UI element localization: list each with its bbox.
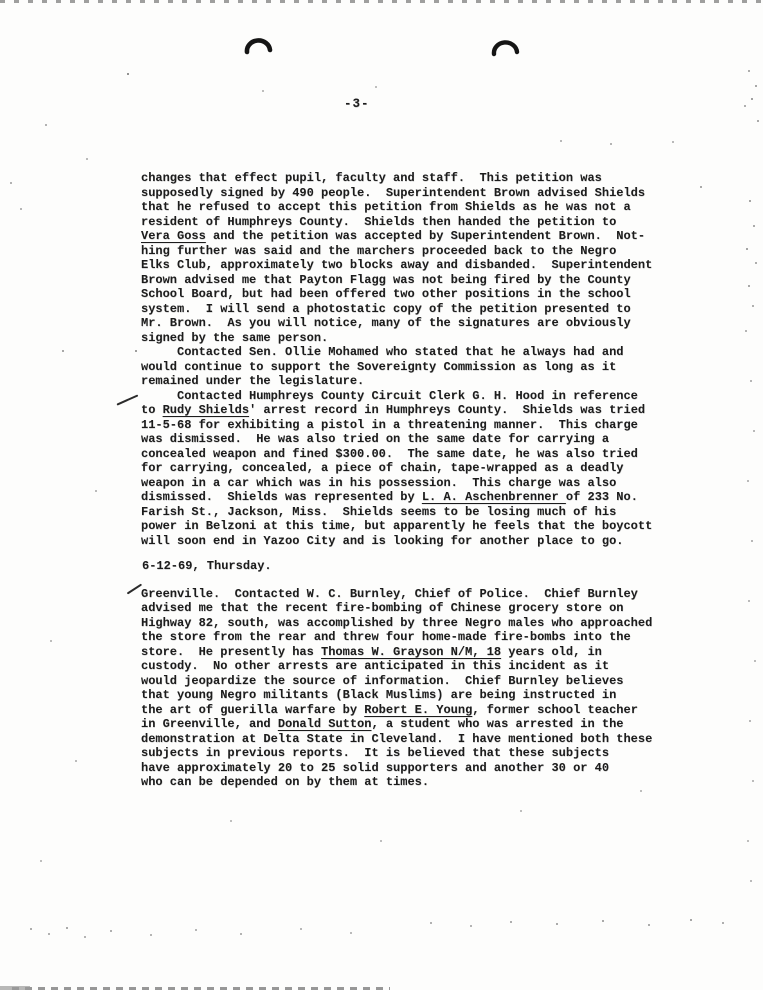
underlined-name: Donald Sutton <box>278 717 372 731</box>
underlined-name: Thomas W. Grayson N/M, 18 <box>321 645 501 659</box>
punch-hole-arc-left <box>244 30 274 56</box>
paragraph: changes that effect pupil, faculty and s… <box>141 171 681 345</box>
scan-edge-top <box>0 0 763 3</box>
paragraph: Contacted Sen. Ollie Mohamed who stated … <box>141 345 681 389</box>
punch-hole-arc-right <box>491 32 521 58</box>
scan-edge-bottom-corner <box>0 986 30 990</box>
page-number: -3- <box>344 97 370 111</box>
paragraph: Contacted Humphreys County Circuit Clerk… <box>141 389 681 549</box>
underlined-name: Robert E. Young <box>364 703 472 717</box>
document-page: -3- changes that effect pupil, faculty a… <box>0 0 763 990</box>
underlined-name: L. A. Aschenbrenner <box>422 490 566 504</box>
paragraph: Greenville. Contacted W. C. Burnley, Chi… <box>141 587 681 790</box>
margin-check-mark <box>127 584 143 595</box>
underlined-name: Rudy Shields <box>163 403 249 417</box>
margin-check-mark <box>117 394 139 406</box>
date-heading: 6-12-69, Thursday. <box>142 559 681 574</box>
scan-noise-speckles <box>0 0 2 2</box>
document-body: changes that effect pupil, faculty and s… <box>141 171 681 790</box>
underlined-name: Vera Goss <box>141 229 206 243</box>
